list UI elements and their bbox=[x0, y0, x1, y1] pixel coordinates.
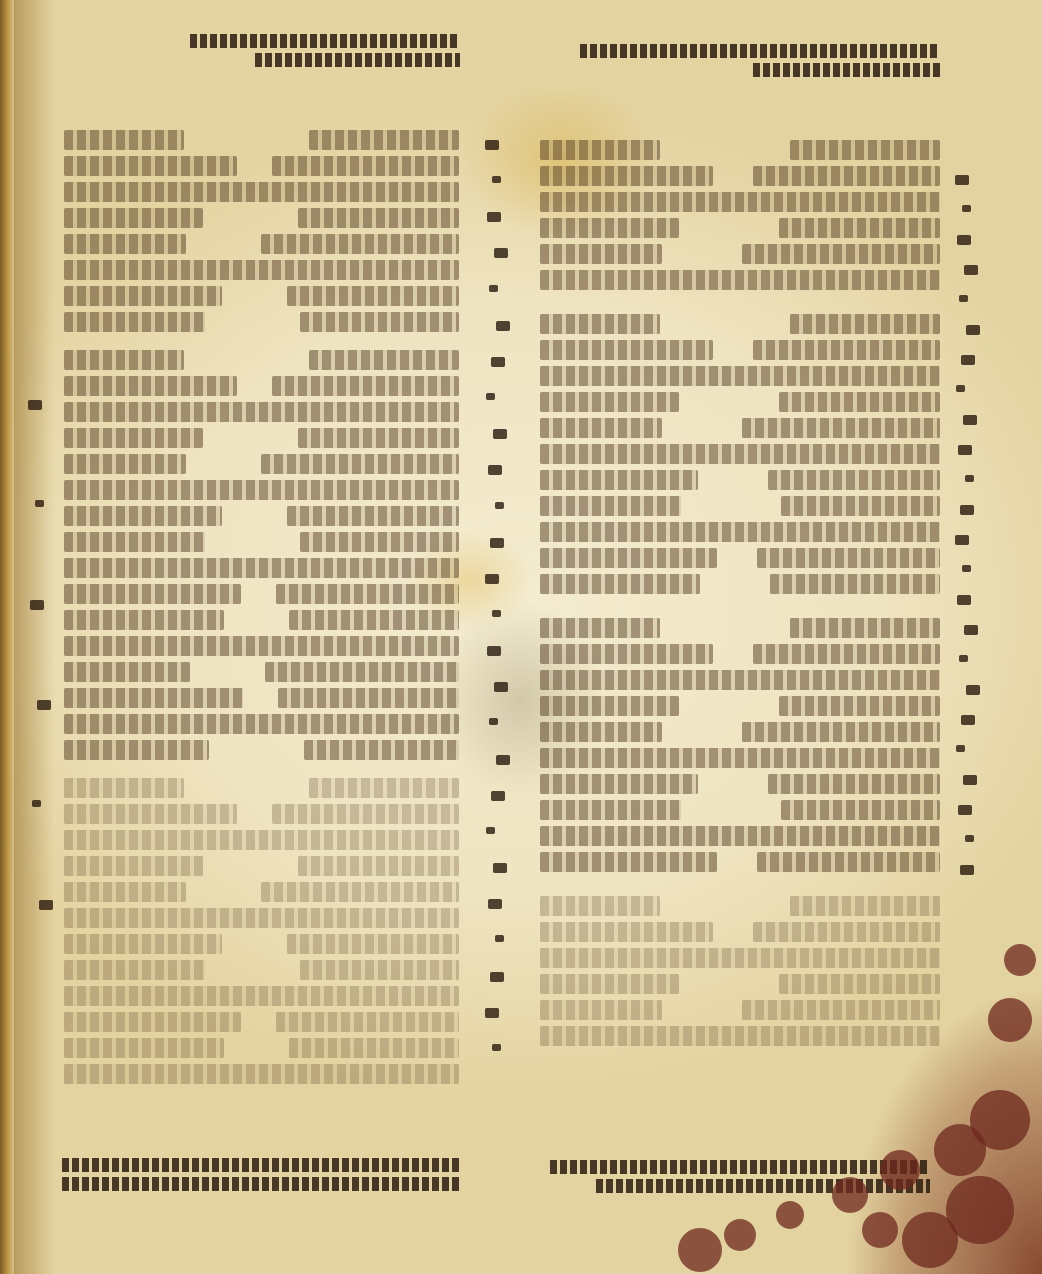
text-line-stich bbox=[540, 218, 679, 238]
text-line bbox=[781, 800, 940, 820]
text-line-stich bbox=[64, 234, 186, 254]
masora-note bbox=[958, 445, 972, 455]
text-line-stich bbox=[540, 1000, 662, 1020]
text-line bbox=[753, 166, 940, 186]
text-line bbox=[64, 480, 459, 500]
text-line bbox=[64, 182, 459, 202]
text-line-stich bbox=[540, 496, 681, 516]
masora-note bbox=[491, 357, 505, 367]
masora-note bbox=[965, 475, 974, 482]
text-line bbox=[300, 960, 459, 980]
text-line bbox=[276, 584, 459, 604]
text-line-stich bbox=[540, 722, 662, 742]
text-line-stich bbox=[64, 778, 184, 798]
text-line-stich bbox=[64, 428, 203, 448]
text-line bbox=[298, 428, 459, 448]
text-line bbox=[540, 948, 940, 968]
text-line-stich bbox=[64, 506, 222, 526]
text-line bbox=[540, 270, 940, 290]
stain-spot bbox=[724, 1219, 756, 1251]
text-line bbox=[742, 418, 940, 438]
text-line-stich bbox=[64, 350, 184, 370]
masora-note bbox=[962, 565, 971, 572]
stain-spot bbox=[880, 1150, 920, 1190]
masora-note bbox=[37, 700, 51, 710]
stain-spot bbox=[902, 1212, 958, 1268]
text-line-stich bbox=[540, 852, 717, 872]
text-line-stich bbox=[64, 804, 237, 824]
left-column bbox=[64, 130, 459, 1105]
masora-note bbox=[496, 755, 510, 765]
text-line-stich bbox=[540, 574, 700, 594]
text-line bbox=[540, 192, 940, 212]
masora-note bbox=[955, 535, 969, 545]
text-line bbox=[742, 722, 940, 742]
text-line bbox=[304, 740, 459, 760]
text-line bbox=[64, 1064, 459, 1084]
masora-note bbox=[492, 610, 501, 617]
text-line bbox=[287, 286, 459, 306]
masora-note bbox=[488, 899, 502, 909]
manuscript-leaf: Photograph of a parchment leaf from a me… bbox=[0, 0, 1042, 1274]
text-line bbox=[278, 688, 459, 708]
text-line bbox=[757, 548, 940, 568]
text-line bbox=[64, 260, 459, 280]
text-line bbox=[289, 1038, 459, 1058]
masora-parva-left-margin bbox=[28, 400, 44, 1000]
stain-spot bbox=[988, 998, 1032, 1042]
masora-note bbox=[39, 900, 53, 910]
masora-parva-center-gutter bbox=[485, 140, 515, 1080]
text-line bbox=[64, 636, 459, 656]
text-line bbox=[540, 826, 940, 846]
masora-note bbox=[491, 791, 505, 801]
text-line bbox=[540, 366, 940, 386]
text-line bbox=[757, 852, 940, 872]
text-line-stich bbox=[540, 696, 679, 716]
text-line-stich bbox=[64, 856, 203, 876]
text-line bbox=[779, 218, 940, 238]
masora-note bbox=[962, 205, 971, 212]
masora-note bbox=[488, 465, 502, 475]
text-line bbox=[276, 1012, 459, 1032]
text-line-stich bbox=[540, 618, 660, 638]
text-line bbox=[300, 532, 459, 552]
masora-note bbox=[959, 655, 968, 662]
text-line bbox=[768, 774, 940, 794]
text-line bbox=[309, 130, 459, 150]
text-line-stich bbox=[540, 314, 660, 334]
masora-note bbox=[495, 935, 504, 942]
text-line bbox=[272, 156, 459, 176]
masora-note bbox=[957, 235, 971, 245]
text-line-stich bbox=[540, 800, 681, 820]
masora-note bbox=[30, 600, 44, 610]
stain-spot bbox=[970, 1090, 1030, 1150]
text-line-stich bbox=[540, 392, 679, 412]
binding-edge bbox=[0, 0, 14, 1274]
text-line bbox=[64, 714, 459, 734]
text-line bbox=[790, 314, 940, 334]
masora-note bbox=[489, 285, 498, 292]
text-line-stich bbox=[540, 922, 713, 942]
masora-note bbox=[487, 212, 501, 222]
masora-note bbox=[486, 827, 495, 834]
text-line-stich bbox=[540, 896, 660, 916]
text-line bbox=[64, 558, 459, 578]
masora-note bbox=[28, 400, 42, 410]
masora-note bbox=[492, 1044, 501, 1051]
text-line bbox=[790, 618, 940, 638]
masora-note bbox=[487, 646, 501, 656]
text-line bbox=[261, 454, 459, 474]
masora-note bbox=[489, 718, 498, 725]
right-column bbox=[540, 140, 940, 1100]
text-line bbox=[790, 896, 940, 916]
text-line-stich bbox=[64, 688, 243, 708]
masora-note bbox=[493, 429, 507, 439]
masora-note bbox=[958, 805, 972, 815]
masora-note bbox=[961, 355, 975, 365]
text-line bbox=[287, 934, 459, 954]
text-line bbox=[753, 644, 940, 664]
text-line-stich bbox=[64, 584, 241, 604]
masora-note bbox=[960, 505, 974, 515]
masora-note bbox=[495, 502, 504, 509]
text-line-stich bbox=[540, 774, 698, 794]
text-line-stich bbox=[64, 532, 205, 552]
stain-spot bbox=[862, 1212, 898, 1248]
text-line-stich bbox=[64, 454, 186, 474]
text-line bbox=[770, 574, 940, 594]
text-line bbox=[265, 662, 459, 682]
text-line bbox=[779, 696, 940, 716]
masora-parva-outer-margin bbox=[955, 175, 1005, 895]
text-line bbox=[64, 830, 459, 850]
masora-note bbox=[490, 972, 504, 982]
text-line-stich bbox=[540, 974, 679, 994]
text-line bbox=[300, 312, 459, 332]
text-line bbox=[753, 922, 940, 942]
text-line-stich bbox=[64, 610, 224, 630]
masora-note bbox=[956, 385, 965, 392]
masora-note bbox=[35, 500, 44, 507]
text-line-stich bbox=[64, 208, 203, 228]
text-line-stich bbox=[64, 1038, 224, 1058]
text-line-stich bbox=[540, 470, 698, 490]
stain-spot bbox=[678, 1228, 722, 1272]
text-line bbox=[540, 444, 940, 464]
text-line-stich bbox=[64, 934, 222, 954]
masora-note bbox=[486, 393, 495, 400]
masora-note bbox=[964, 265, 978, 275]
text-line-stich bbox=[64, 662, 190, 682]
text-line bbox=[64, 986, 459, 1006]
text-line bbox=[742, 244, 940, 264]
text-line bbox=[309, 778, 459, 798]
text-line bbox=[298, 208, 459, 228]
text-line bbox=[287, 506, 459, 526]
masora-note bbox=[955, 175, 969, 185]
masora-note bbox=[494, 248, 508, 258]
text-line bbox=[289, 610, 459, 630]
text-line bbox=[753, 340, 940, 360]
text-line bbox=[540, 670, 940, 690]
text-line-stich bbox=[540, 644, 713, 664]
text-line bbox=[261, 234, 459, 254]
text-line bbox=[790, 140, 940, 160]
text-line-stich bbox=[64, 286, 222, 306]
text-line-stich bbox=[64, 130, 184, 150]
stain-spot bbox=[832, 1177, 868, 1213]
stain-spot bbox=[776, 1201, 804, 1229]
text-line bbox=[309, 350, 459, 370]
text-line bbox=[261, 882, 459, 902]
masora-note bbox=[964, 625, 978, 635]
text-line bbox=[768, 470, 940, 490]
masora-magna-bottom-right bbox=[550, 1160, 930, 1198]
masora-note bbox=[959, 295, 968, 302]
masora-note bbox=[493, 863, 507, 873]
text-line bbox=[781, 496, 940, 516]
text-line bbox=[779, 974, 940, 994]
masora-note bbox=[966, 325, 980, 335]
masora-note bbox=[966, 685, 980, 695]
text-line-stich bbox=[64, 376, 237, 396]
masora-note bbox=[957, 595, 971, 605]
masora-note bbox=[963, 415, 977, 425]
masora-note bbox=[965, 835, 974, 842]
masora-note bbox=[485, 1008, 499, 1018]
masora-note bbox=[492, 176, 501, 183]
stain-spot bbox=[1004, 944, 1036, 976]
text-line-stich bbox=[64, 960, 205, 980]
masora-note bbox=[494, 682, 508, 692]
text-line bbox=[540, 1026, 940, 1046]
text-line-stich bbox=[540, 166, 713, 186]
text-line bbox=[779, 392, 940, 412]
masora-note bbox=[490, 538, 504, 548]
masora-note bbox=[960, 865, 974, 875]
text-line bbox=[742, 1000, 940, 1020]
masora-magna-top-right bbox=[580, 44, 940, 82]
text-line bbox=[540, 748, 940, 768]
text-line-stich bbox=[64, 882, 186, 902]
text-line bbox=[272, 376, 459, 396]
text-line bbox=[298, 856, 459, 876]
masora-magna-bottom-left bbox=[62, 1158, 462, 1196]
masora-note bbox=[961, 715, 975, 725]
masora-note bbox=[485, 140, 499, 150]
masora-note bbox=[956, 745, 965, 752]
text-line bbox=[540, 522, 940, 542]
text-line-stich bbox=[64, 740, 209, 760]
masora-note bbox=[496, 321, 510, 331]
text-line-stich bbox=[64, 1012, 241, 1032]
text-line-stich bbox=[540, 244, 662, 264]
text-line bbox=[64, 402, 459, 422]
masora-magna-top-left bbox=[190, 34, 460, 72]
text-line bbox=[64, 908, 459, 928]
text-line-stich bbox=[540, 548, 717, 568]
masora-note bbox=[963, 775, 977, 785]
text-line-stich bbox=[64, 312, 205, 332]
masora-note bbox=[32, 800, 41, 807]
masora-note bbox=[485, 574, 499, 584]
text-line-stich bbox=[64, 156, 237, 176]
text-line-stich bbox=[540, 140, 660, 160]
text-line-stich bbox=[540, 340, 713, 360]
text-line bbox=[272, 804, 459, 824]
text-line-stich bbox=[540, 418, 662, 438]
